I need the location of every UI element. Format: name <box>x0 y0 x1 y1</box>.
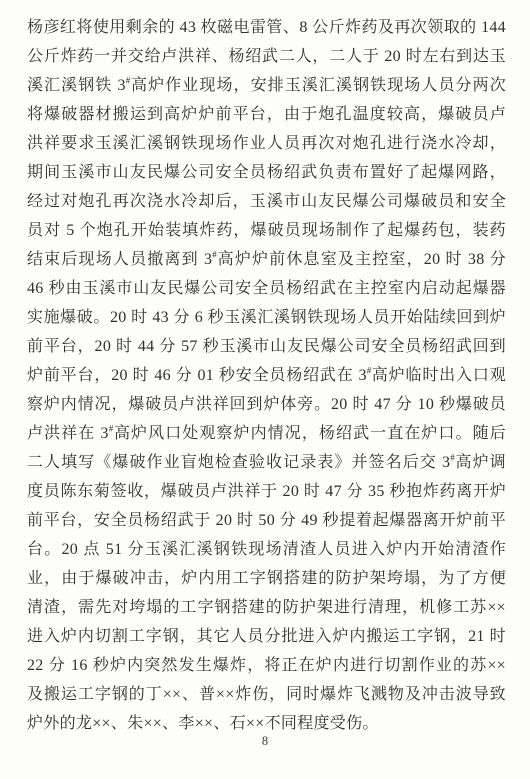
text-line: 度员陈东菊签收，爆破员卢洪祥于 20 时 47 分 35 秒抱炸药离开炉 <box>27 477 506 506</box>
text-line: 前平台，20 时 44 分 57 秒玉溪市山友民爆公司安全员杨绍武回到 <box>27 332 506 361</box>
superscript-hash: # <box>367 366 372 376</box>
body-text: 杨彦红将使用剩余的 43 枚磁电雷管、8 公斤炸药及再次领取的 144公斤炸药一… <box>27 13 506 738</box>
text-line: 前平台，安全员杨绍武于 20 时 50 分 49 秒提着起爆器离开炉前平 <box>27 506 506 535</box>
text-line: 溪汇溪钢铁 3#高炉作业现场，安排玉溪汇溪钢铁现场人员分两次 <box>27 71 506 100</box>
text-line: 二人填写《爆破作业盲炮检查验收记录表》并签名后交 3#高炉调 <box>27 448 506 477</box>
text-line: 结束后现场人员撤离到 3#高炉炉前休息室及主控室，20 时 38 分 <box>27 245 506 274</box>
text-line: 业，由于爆破冲击，炉内用工字钢搭建的防护架垮塌，为了方便 <box>27 564 506 593</box>
text-line: 实施爆破。20 时 43 分 6 秒玉溪汇溪钢铁现场人员开始陆续回到炉 <box>27 303 506 332</box>
superscript-hash: # <box>109 424 114 434</box>
text-line: 台。20 点 51 分玉溪汇溪钢铁现场清渣人员进入炉内开始清渣作 <box>27 535 506 564</box>
text-line: 清渣，需先对垮塌的工字钢搭建的防护架进行清理，机修工苏×× <box>27 593 506 622</box>
text-line: 洪祥要求玉溪汇溪钢铁现场作业人员再次对炮孔进行浇水冷却， <box>27 129 506 158</box>
text-line: 22 分 16 秒炉内突然发生爆炸，将正在炉内进行切割作业的苏×× <box>27 651 506 680</box>
text-line: 杨彦红将使用剩余的 43 枚磁电雷管、8 公斤炸药及再次领取的 144 <box>27 13 506 42</box>
text-line: 及搬运工字钢的丁××、普××炸伤，同时爆炸飞溅物及冲击波导致 <box>27 680 506 709</box>
text-line: 卢洪祥在 3#高炉风口处观察炉内情况，杨绍武一直在炉口。随后 <box>27 419 506 448</box>
text-line: 将爆破器材搬运到高炉炉前平台，由于炮孔温度较高，爆破员卢 <box>27 100 506 129</box>
page-number: 8 <box>0 734 530 749</box>
superscript-hash: # <box>450 453 455 463</box>
superscript-hash: # <box>212 250 217 260</box>
text-line: 公斤炸药一并交给卢洪祥、杨绍武二人，二人于 20 时左右到达玉 <box>27 42 506 71</box>
text-line: 经过对炮孔再次浇水冷却后，玉溪市山友民爆公司爆破员和安全 <box>27 187 506 216</box>
text-line: 进入炉内切割工字钢，其它人员分批进入炉内搬运工字钢，21 时 <box>27 622 506 651</box>
text-line: 炉前平台，20 时 46 分 01 秒安全员杨绍武在 3#高炉临时出入口观 <box>27 361 506 390</box>
text-line: 察炉内情况，爆破员卢洪祥回到炉体旁。20 时 47 分 10 秒爆破员 <box>27 390 506 419</box>
text-line: 期间玉溪市山友民爆公司安全员杨绍武负责布置好了起爆网路， <box>27 158 506 187</box>
text-line: 员对 5 个炮孔开始装填炸药，爆破员现场制作了起爆药包，装药 <box>27 216 506 245</box>
text-line: 46 秒由玉溪市山友民爆公司安全员杨绍武在主控室内启动起爆器 <box>27 274 506 303</box>
document-page: 杨彦红将使用剩余的 43 枚磁电雷管、8 公斤炸药及再次领取的 144公斤炸药一… <box>0 0 530 779</box>
superscript-hash: # <box>126 76 131 86</box>
